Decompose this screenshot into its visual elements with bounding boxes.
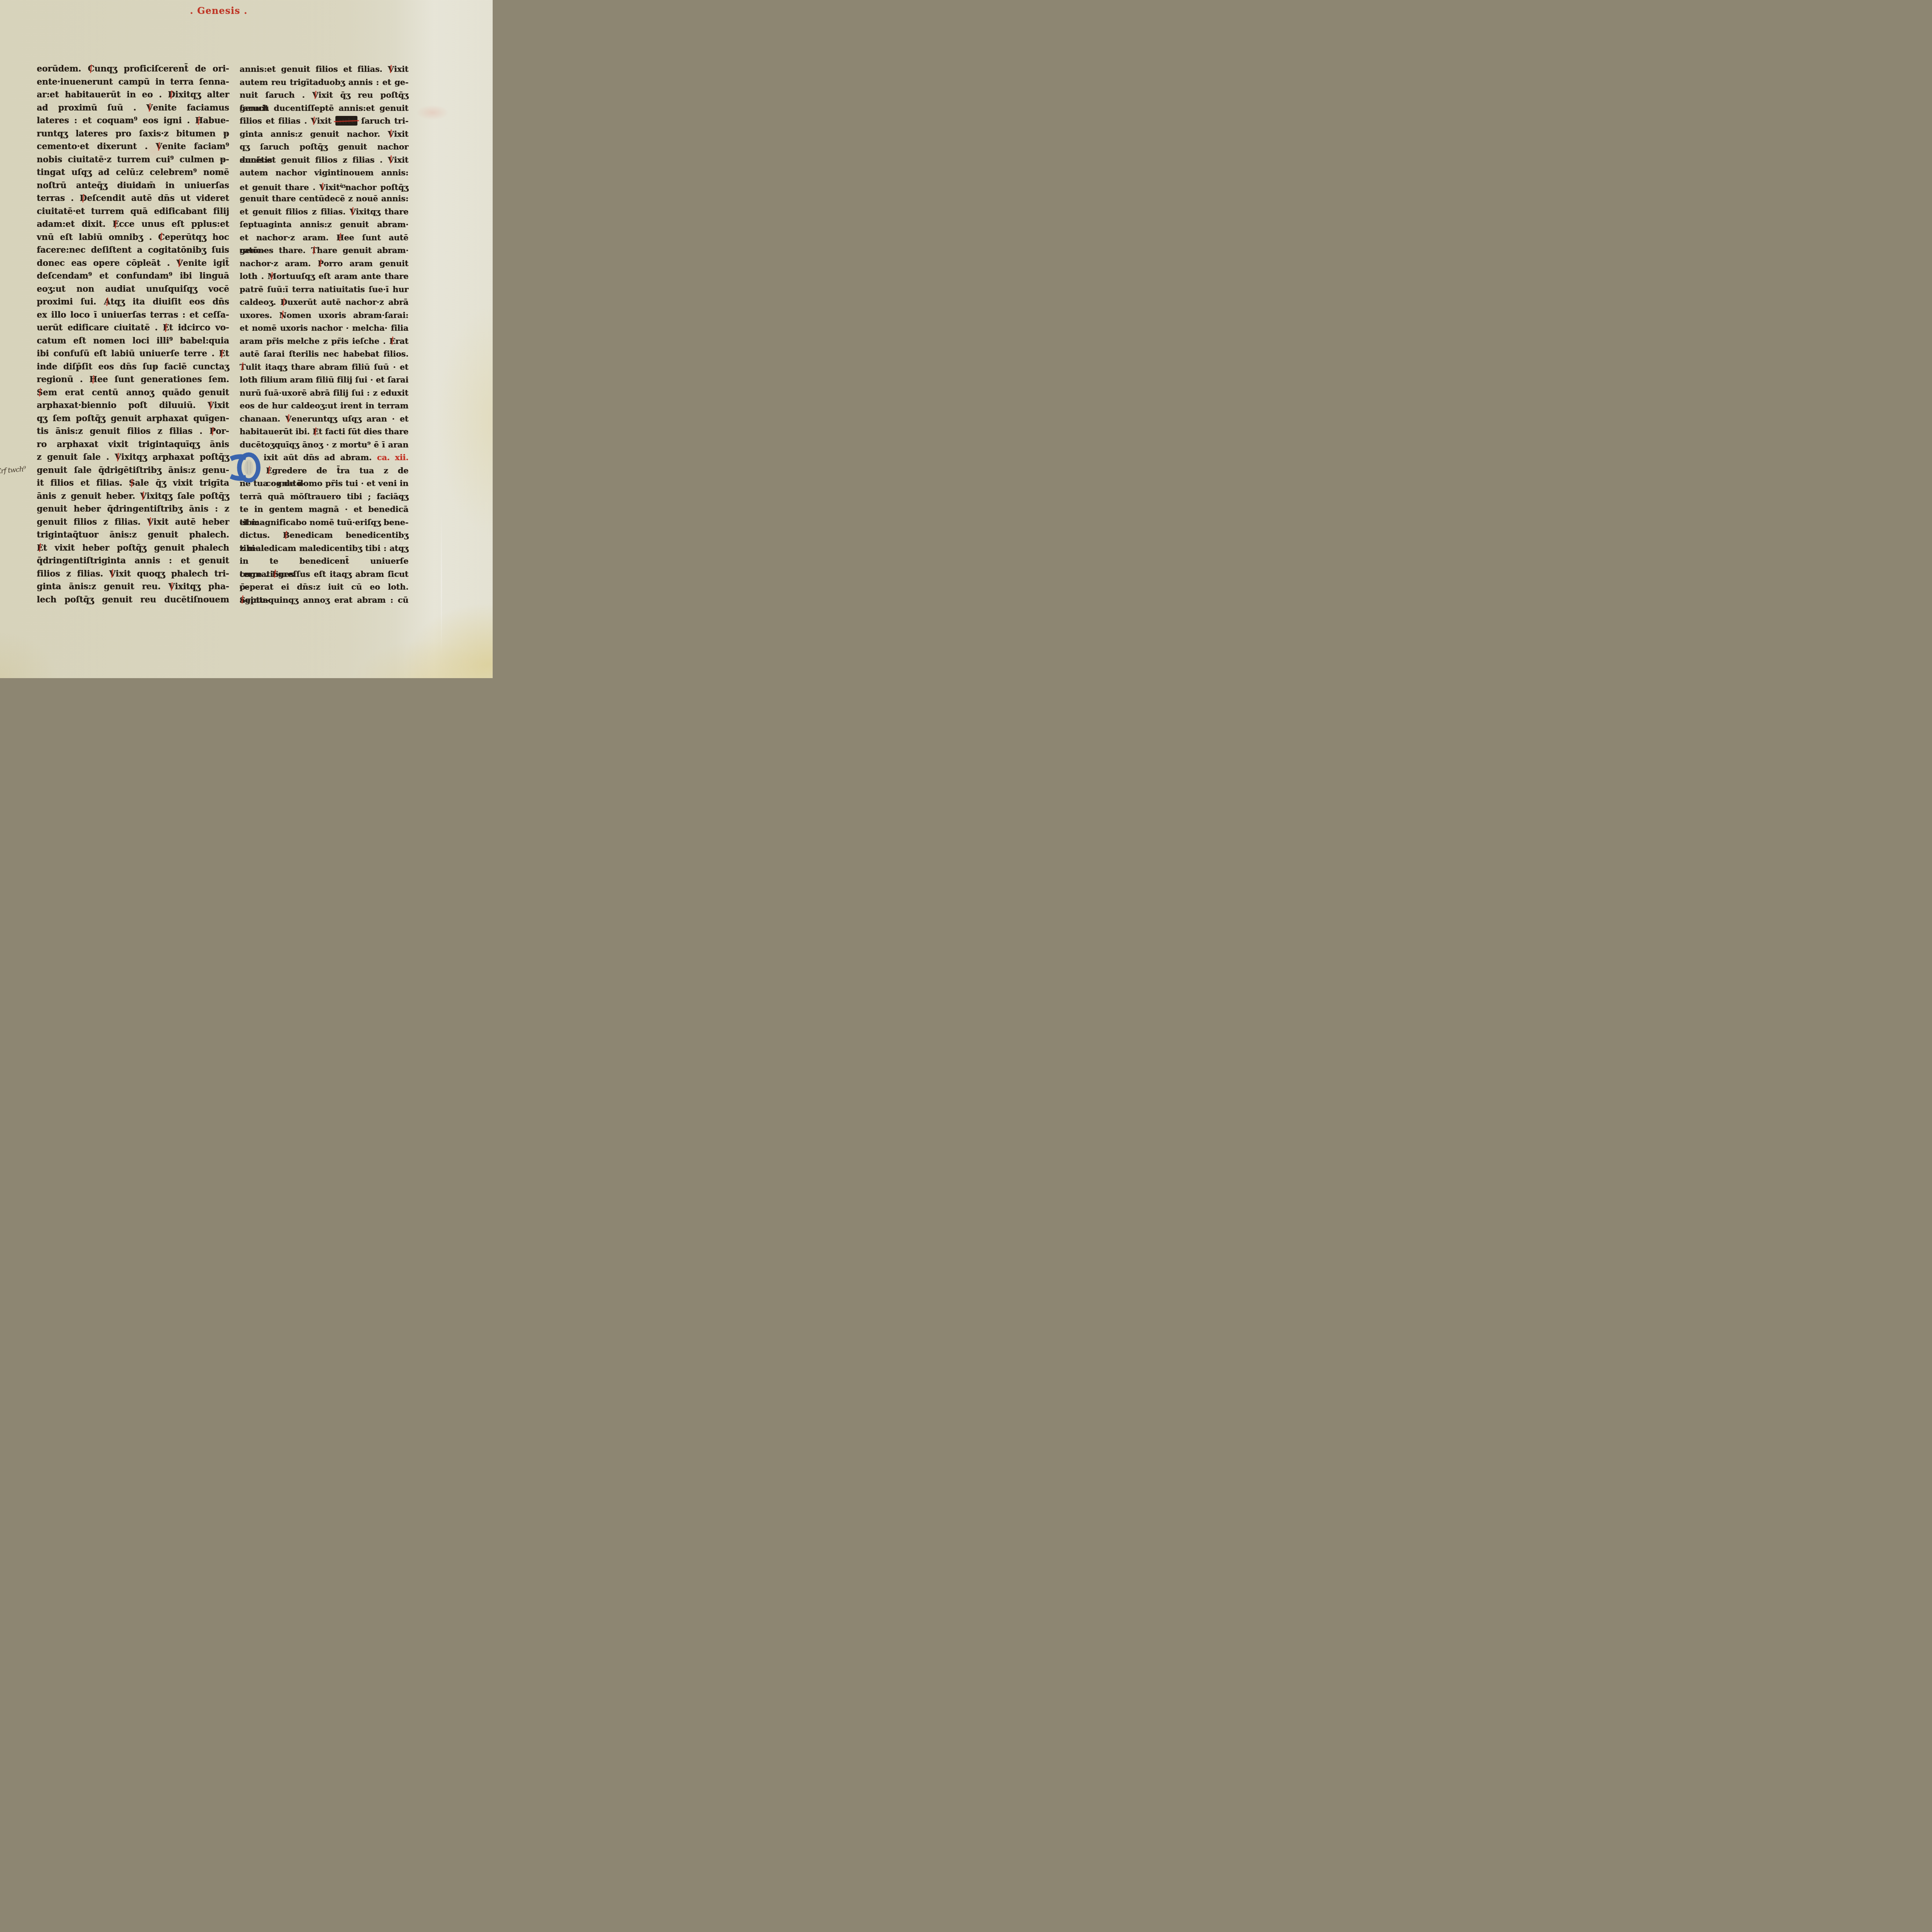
text-line: aram pr̄is melche z pr̄is ieſche . Erat bbox=[240, 335, 408, 348]
text-line: adam:et dixit. Ecce unus eſt pplus:et bbox=[37, 218, 229, 231]
illuminated-initial-d: D bbox=[228, 452, 262, 483]
text-line: z maledicam maledicentibʒ tibi : atqʒ bbox=[240, 542, 408, 555]
text-line: dictus. Benedicam benedicentibʒ tibi· bbox=[240, 529, 408, 542]
page-heading-genesis: . Genesis . bbox=[0, 5, 437, 16]
initial-letter-glyph bbox=[228, 452, 262, 483]
text-line: genuit ſale q̄drigētiſtribʒ ānis:z genu- bbox=[37, 464, 229, 477]
text-line: lateres : et coquam⁹ eos igni . Habue- bbox=[37, 114, 229, 128]
text-line: te in gentem magnā · et benedicā tibi: bbox=[240, 503, 408, 516]
text-line: ſeptuaginta annis:z genuit abram· bbox=[240, 218, 408, 231]
text-line: qʒ ſaruch poſtq̄ʒ genuit nachor ducētis bbox=[240, 140, 408, 153]
marginal-annotation: Erf twch⁹ bbox=[0, 464, 32, 476]
text-line: loth . Mortuuſqʒ eſt aram ante thare bbox=[240, 270, 408, 283]
text-line: arphaxat·biennio poſt diluuiū. Vixit bbox=[37, 399, 229, 412]
text-line: z genuit ſale . Vixitqʒ arphaxat poſtq̄ʒ bbox=[37, 451, 229, 464]
manuscript-page: . Genesis . Erf twch⁹ eorūdem. Cunqʒ pro… bbox=[0, 0, 493, 678]
text-line: Tulit itaqʒ thare abram filiū ſuū · et bbox=[240, 361, 408, 374]
text-line: Egredere de t̄ra tua z de cognatō- bbox=[240, 464, 408, 477]
text-line: lech poſtq̄ʒ genuit reu ducētiſnouem bbox=[37, 594, 229, 607]
text-line: genuit thare centūdecē z nouē annis: bbox=[240, 192, 408, 205]
text-line: terrā quā mōſtrauero tibi ; faciāqʒ bbox=[240, 490, 408, 503]
text-line: ad proximū ſuū . Venite faciamus bbox=[37, 102, 229, 115]
text-line: loth filium aram filiū filij ſui · et ſa… bbox=[240, 373, 408, 386]
text-line: ibi confuſū eſt labiū uniuerſe terre . E… bbox=[37, 347, 229, 361]
text-line: ſaruch ducentiſſeptē annis:et genuit bbox=[240, 102, 408, 115]
text-line: genuit filios z filias. Vixit autē heber bbox=[37, 516, 229, 529]
text-line: et nomē uxoris nachor · melcha· filia bbox=[240, 321, 408, 335]
text-line: autem reu trigītaduobʒ annis : et ge- bbox=[240, 76, 408, 89]
text-line: annis:et genuit filios et filias. Vixit bbox=[240, 63, 408, 76]
text-line: nobis ciuitatē·z turrem cui⁹ culmen p̶- bbox=[37, 153, 229, 167]
text-line: ixit aūt dn̄s ad abram. ca. xii. bbox=[240, 451, 408, 464]
text-line: filios et filias . Vixit autē ſaruch tri… bbox=[240, 114, 408, 128]
text-line: et genuit filios z filias. Vixitqʒ thare bbox=[240, 205, 408, 218]
text-line: ro arphaxat vixit trigintaquīqʒ ānis bbox=[37, 438, 229, 451]
text-line: q̄dringentiſtriginta annis : et genuit bbox=[37, 554, 229, 568]
text-line: inde diſp̄ſit eos dn̄s ſup̶ faciē cuncta… bbox=[37, 361, 229, 374]
text-line: in te benedicent̄ uniuerſe cognationes bbox=[240, 554, 408, 568]
text-line: tis ānis:z genuit filios z filias . Por- bbox=[37, 425, 229, 438]
text-line: ānis z genuit heber. Vixitqʒ ſale poſtq̄… bbox=[37, 490, 229, 503]
text-line: tingat uſqʒ ad celū:z celebrem⁹ nomē bbox=[37, 166, 229, 179]
text-line: terras . Deſcendit autē dn̄s ut videret bbox=[37, 192, 229, 205]
text-line: runtqʒ lateres pro ſaxis·z bitumen p̶ bbox=[37, 128, 229, 141]
text-line: Sem erat centū annoʒ quādo genuit bbox=[37, 386, 229, 400]
text-line: catum eſt nomen loci illi⁹ babel:quia bbox=[37, 335, 229, 348]
text-line: ginta ānis:z genuit reu. Vixitqʒ pha- bbox=[37, 580, 229, 594]
text-line: et genuit thare . Vixitq̄ʒnachor poſtq̄ʒ bbox=[240, 179, 408, 192]
text-line: autē ſarai ſterilis nec habebat filios. bbox=[240, 347, 408, 361]
text-line: nurū ſuā·uxorē abrā filij ſui : z eduxit bbox=[240, 386, 408, 400]
text-line: terre . Egreſſus eſt itaqʒ abram ſicut p… bbox=[240, 568, 408, 581]
text-line: habitauerūt ibi. Et facti ſūt dies thare bbox=[240, 425, 408, 438]
text-line: trigintaq̄tuor ānis:z genuit phalech. bbox=[37, 529, 229, 542]
text-line: donec eas opere cōpleāt . Venite igit̄ bbox=[37, 257, 229, 270]
text-line: nuit ſaruch . Vixit q̄ʒ reu poſtq̄ʒ genu… bbox=[240, 88, 408, 102]
text-line: Et vixit heber poſtq̄ʒ genuit phalech bbox=[37, 542, 229, 555]
text-line: cemento·et dixerunt . Venite faciam⁹ bbox=[37, 140, 229, 153]
text-line: vnū eſt labiū omnibʒ . Ceperūtqʒ hoc bbox=[37, 231, 229, 244]
text-line: ceperat ei dn̄s:z iuit cū eo loth. Septu… bbox=[240, 580, 408, 594]
text-line: ciuitatē·et turrem quā edificabant filij bbox=[37, 205, 229, 218]
text-line: ne tua · z de domo pr̄is tui · et veni i… bbox=[240, 477, 408, 490]
text-line: eos de hur caldeoʒ:ut irent in terram bbox=[240, 399, 408, 412]
text-line: facere:nec deſiſtent a cogitatōnibʒ ſuis bbox=[37, 244, 229, 257]
text-line: ducētoʒquīqʒ ānoʒ · z mortu⁹ ē ī aran bbox=[240, 438, 408, 451]
text-line: annis:et genuit filios z filias . Vixit bbox=[240, 153, 408, 167]
text-line: ratōnes thare. Thare genuit abram· bbox=[240, 244, 408, 257]
text-line: genuit heber q̄dringentiſtribʒ ānis : z bbox=[37, 503, 229, 516]
text-line: uerūt edificare ciuitatē . Et idcirco vo… bbox=[37, 321, 229, 335]
text-column-left: eorūdem. Cunqʒ proficiſcerent̄ de ori-en… bbox=[37, 63, 229, 606]
text-column-right: annis:et genuit filios et filias. Vixita… bbox=[240, 63, 408, 606]
text-line: regionū . Hee ſunt generationes ſem. bbox=[37, 373, 229, 386]
text-line: chanaan. Veneruntqʒ uſqʒ aran · et bbox=[240, 412, 408, 425]
text-line: eorūdem. Cunqʒ proficiſcerent̄ de ori- bbox=[37, 63, 229, 76]
text-line: ex illo loco ī uniuerſas terras : et ceſ… bbox=[37, 309, 229, 322]
text-line: ginta annis:z genuit nachor. Vixit bbox=[240, 128, 408, 141]
text-line: patrē ſuū:ī terra natiuitatis ſue·ī hur bbox=[240, 283, 408, 296]
text-line: deſcendam⁹ et confundam⁹ ibi linguā bbox=[37, 270, 229, 283]
text-line: et nachor·z aram. Hee ſunt autē gene- bbox=[240, 231, 408, 244]
text-line: caldeoʒ. Duxerūt autē nachor·z abrā bbox=[240, 296, 408, 309]
text-line: nachor·z aram. Porro aram genuit bbox=[240, 257, 408, 270]
text-line: filios z filias. Vixit quoqʒ phalech tri… bbox=[37, 568, 229, 581]
text-line: uxores. Nomen uxoris abram·ſarai: bbox=[240, 309, 408, 322]
text-line: eoʒ:ut non audiat unuſquiſqʒ vocē bbox=[37, 283, 229, 296]
text-line: ente·inuenerunt campū in terra ſenna- bbox=[37, 76, 229, 89]
text-line: proximi ſui. Atqʒ ita diuiſit eos dn̄s bbox=[37, 296, 229, 309]
text-line: autem nachor vigintinouem annis: bbox=[240, 166, 408, 179]
text-line: et magnificabo nomē tuū·eriſqʒ bene- bbox=[240, 516, 408, 529]
text-line: agintaquinqʒ annoʒ erat abram : cū bbox=[240, 594, 408, 607]
text-line: ar:et habitauerūt in eo . Dixitqʒ alter bbox=[37, 88, 229, 102]
text-line: it filios et filias. Sale q̄ʒ vixit trig… bbox=[37, 477, 229, 490]
text-line: qʒ ſem poſtq̄ʒ genuit arphaxat quīgen- bbox=[37, 412, 229, 425]
text-line: noſtrū anteq̄ʒ diuidam̄ in uniuerſas bbox=[37, 179, 229, 192]
